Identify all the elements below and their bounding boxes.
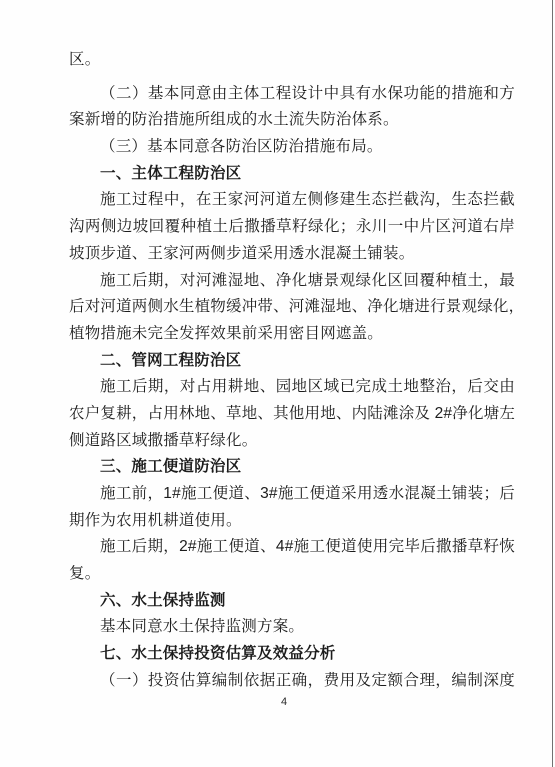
text-line: （二）基本同意由主体工程设计中具有水保功能的措施和方 — [69, 81, 515, 108]
text-line: 坡顶步道、王家河两侧步道采用透水混凝土铺装。 — [69, 241, 515, 268]
section-heading: 二、管网工程防治区 — [69, 348, 515, 375]
text-line: （三）基本同意各防治区防治措施布局。 — [69, 134, 515, 161]
text-line: 植物措施未完全发挥效果前采用密目网遮盖。 — [69, 321, 515, 348]
page-number: 4 — [0, 696, 555, 708]
text-line: 复。 — [69, 561, 515, 588]
text-line: 施工后期，2#施工便道、4#施工便道使用完毕后撒播草籽恢 — [69, 534, 515, 561]
document-page: 区。（二）基本同意由主体工程设计中具有水保功能的措施和方案新增的防治措施所组成的… — [0, 0, 555, 767]
text-line: 农户复耕，占用林地、草地、其他用地、内陆滩涂及 2#净化塘左 — [69, 401, 515, 428]
section-heading: 一、主体工程防治区 — [69, 161, 515, 188]
section-heading: 六、水土保持监测 — [69, 588, 515, 615]
document-text-block: 区。（二）基本同意由主体工程设计中具有水保功能的措施和方案新增的防治措施所组成的… — [69, 47, 515, 695]
text-line: 期作为农用机耕道使用。 — [69, 508, 515, 535]
text-line: 沟两侧边坡回覆种植土后撒播草籽绿化；永川一中片区河道右岸 — [69, 214, 515, 241]
text-line: 基本同意水土保持监测方案。 — [69, 614, 515, 641]
text-line: 案新增的防治措施所组成的水土流失防治体系。 — [69, 107, 515, 134]
text-line: （一）投资估算编制依据正确，费用及定额合理，编制深度 — [69, 668, 515, 695]
text-line: 侧道路区域撒播草籽绿化。 — [69, 428, 515, 455]
text-line: 后对河道两侧水生植物缓冲带、河滩湿地、净化塘进行景观绿化， — [69, 294, 515, 321]
text-line: 施工过程中，在王家河河道左侧修建生态拦截沟，生态拦截 — [69, 187, 515, 214]
section-heading: 三、施工便道防治区 — [69, 454, 515, 481]
scan-edge-artifact — [552, 0, 553, 767]
text-line: 施工前，1#施工便道、3#施工便道采用透水混凝土铺装；后 — [69, 481, 515, 508]
section-heading: 七、水土保持投资估算及效益分析 — [69, 641, 515, 668]
text-line: 施工后期，对河滩湿地、净化塘景观绿化区回覆种植土，最 — [69, 268, 515, 295]
text-line: 施工后期，对占用耕地、园地区域已完成土地整治，后交由 — [69, 374, 515, 401]
text-line: 区。 — [69, 47, 515, 74]
